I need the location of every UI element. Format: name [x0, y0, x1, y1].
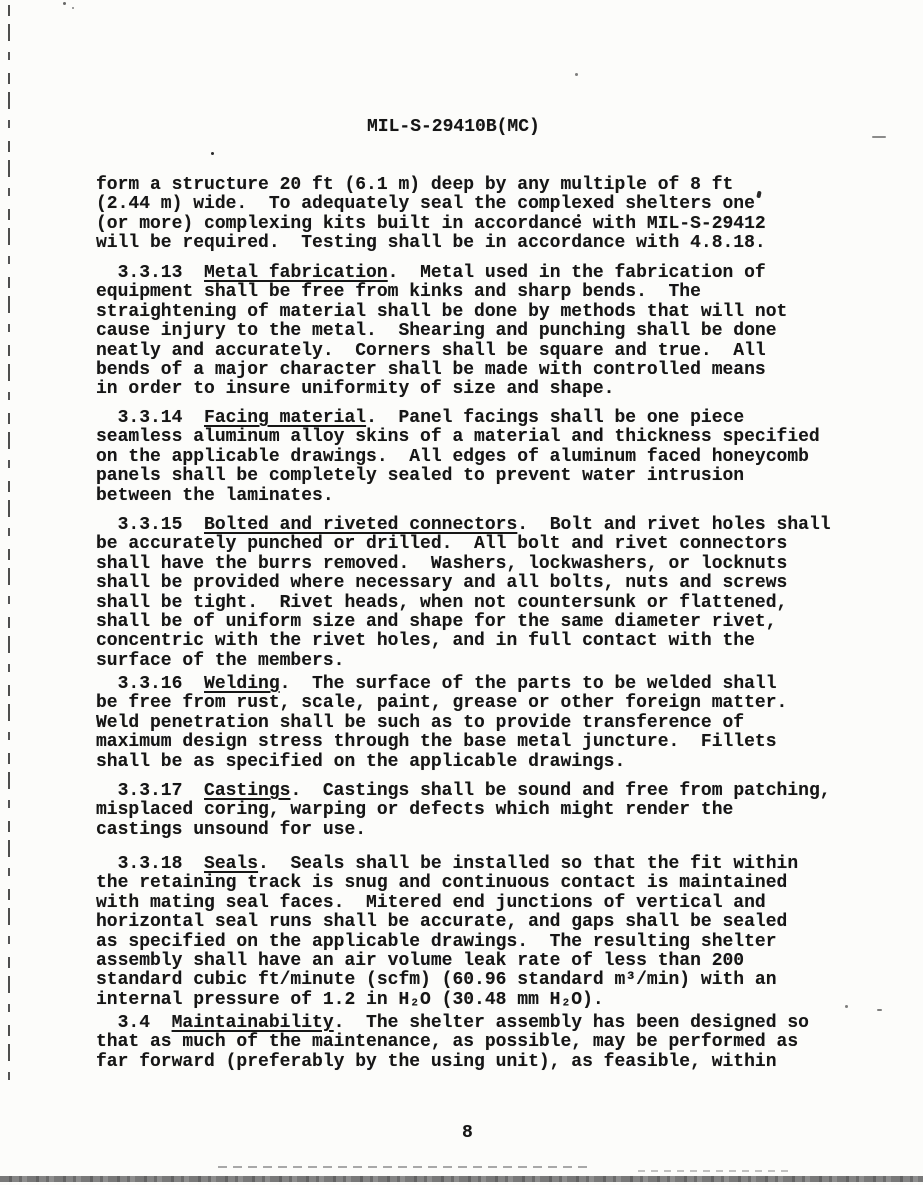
section-3-4-maintainability: 3.4 Maintainability. The shelter assembl…	[96, 1014, 809, 1072]
scan-speck	[575, 73, 578, 76]
intro-paragraph: form a structure 20 ft (6.1 m) deep by a…	[96, 176, 766, 254]
section-body: . Metal used in the fabrication of equip…	[96, 263, 787, 399]
scan-speck	[211, 152, 214, 155]
section-title: Metal fabrication	[204, 263, 388, 283]
section-number: 3.3.18	[96, 854, 204, 874]
section-number: 3.3.14	[96, 408, 204, 428]
section-title: Bolted and riveted connectors	[204, 515, 517, 535]
section-title: Facing material	[204, 408, 366, 428]
section-body: form a structure 20 ft (6.1 m) deep by a…	[96, 175, 766, 253]
section-3-3-14-facing-material: 3.3.14 Facing material. Panel facings sh…	[96, 409, 820, 506]
scan-speck	[63, 2, 66, 5]
doc-header-spec-id: MIL-S-29410B(MC)	[367, 118, 540, 137]
section-number: 3.3.13	[96, 263, 204, 283]
scan-speck	[877, 1009, 882, 1011]
scan-dash-mark	[872, 136, 886, 138]
section-number: 3.3.16	[96, 674, 204, 694]
document-page: MIL-S-29410B(MC) form a structure 20 ft …	[0, 0, 923, 1185]
section-3-3-13-metal-fabrication: 3.3.13 Metal fabrication. Metal used in …	[96, 264, 787, 400]
section-3-3-16-welding: 3.3.16 Welding. The surface of the parts…	[96, 675, 787, 772]
scan-bottom-edge-band	[0, 1176, 923, 1182]
scan-dashed-line	[638, 1170, 788, 1172]
page-number: 8	[462, 1124, 473, 1143]
section-title: Castings	[204, 781, 290, 801]
section-3-3-15-bolted-riveted-connectors: 3.3.15 Bolted and riveted connectors. Bo…	[96, 516, 831, 671]
section-number: 3.3.17	[96, 781, 204, 801]
section-number: 3.4	[96, 1013, 172, 1033]
scan-speck	[72, 7, 74, 9]
section-body: . Bolt and rivet holes shall be accurate…	[96, 515, 831, 671]
section-3-3-18-seals: 3.3.18 Seals. Seals shall be installed s…	[96, 855, 798, 1010]
section-title: Welding	[204, 674, 280, 694]
scan-dashed-line	[218, 1166, 590, 1168]
section-3-3-17-castings: 3.3.17 Castings. Castings shall be sound…	[96, 782, 831, 840]
section-title: Maintainability	[172, 1013, 334, 1033]
scan-left-margin-line	[8, 5, 10, 1085]
section-number: 3.3.15	[96, 515, 204, 535]
section-body: . Seals shall be installed so that the f…	[96, 854, 798, 1010]
scan-speck	[845, 1005, 848, 1008]
section-title: Seals	[204, 854, 258, 874]
